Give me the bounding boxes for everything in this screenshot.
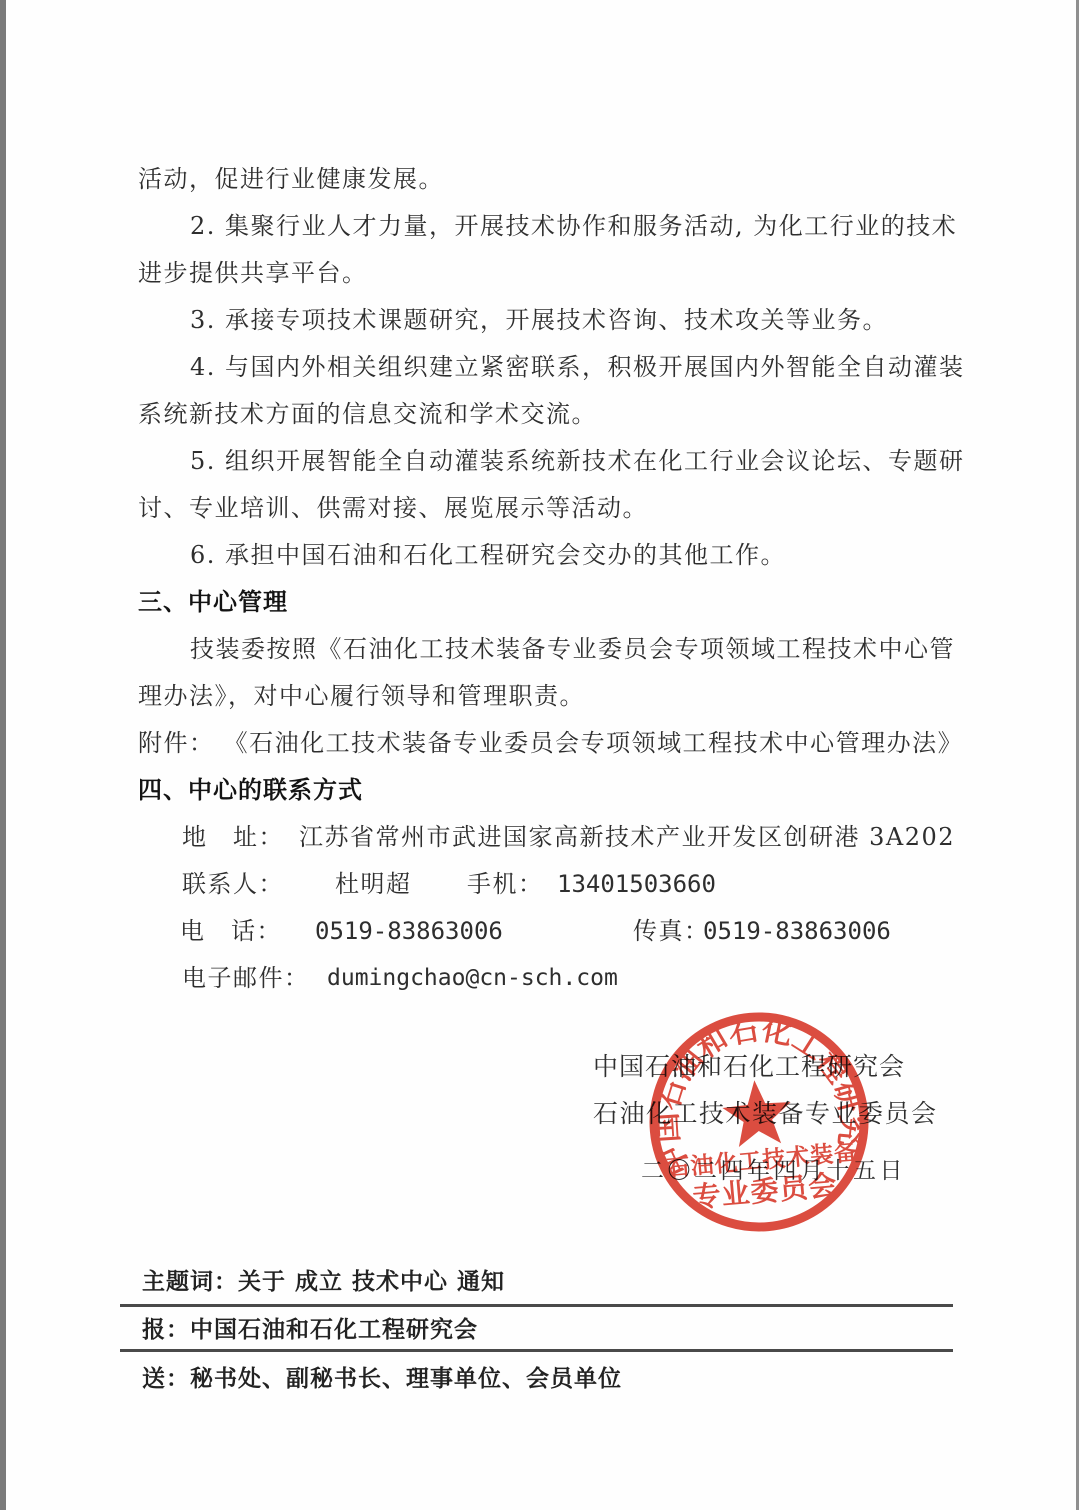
fax-label: 传真： — [633, 908, 710, 955]
email-label: 电子邮件： — [182, 955, 310, 1002]
mobile-label: 手机： — [467, 861, 544, 908]
body-line: 进步提供共享平台。 — [0, 250, 1079, 297]
telephone-value: 0519-83863006 — [315, 908, 503, 955]
attachment-line: 附件： 《石油化工技术装备专业委员会专项领域工程技术中心管理办法》 — [0, 720, 1079, 767]
subject-words-value: 关于 成立 技术中心 通知 — [238, 1269, 505, 1295]
send-to-label: 送： — [142, 1366, 190, 1392]
body-line: 技装委按照《石油化工技术装备专业委员会专项领域工程技术中心管 — [0, 626, 1079, 673]
address-value: 江苏省常州市武进国家高新技术产业开发区创研港 3A202 — [299, 814, 955, 861]
body-line: 理办法》，对中心履行领导和管理职责。 — [0, 673, 1079, 720]
section-heading-contact-info: 四、中心的联系方式 — [0, 767, 1079, 814]
star-icon — [720, 1077, 794, 1148]
send-to-value: 秘书处、副秘书长、理事单位、会员单位 — [190, 1366, 622, 1392]
document-body: 活动，促进行业健康发展。 2. 集聚行业人才力量，开展技术协作和服务活动, 为化… — [0, 156, 1079, 1002]
section-heading-center-management: 三、中心管理 — [0, 579, 1079, 626]
report-to-value: 中国石油和石化工程研究会 — [190, 1317, 478, 1343]
contact-person-label: 联系人： — [182, 861, 284, 908]
footer-subject-row: 主题词：关于 成立 技术中心 通知 — [120, 1266, 953, 1307]
body-line: 讨、专业培训、供需对接、展览展示等活动。 — [0, 485, 1079, 532]
footer-send-row: 送：秘书处、副秘书长、理事单位、会员单位 — [120, 1352, 953, 1400]
contact-person-value: 杜明超 — [335, 861, 412, 908]
body-line: 2. 集聚行业人才力量，开展技术协作和服务活动, 为化工行业的技术 — [0, 203, 1079, 250]
official-red-seal: 中国石油和石化工程研究会 石油化工技术装备 专业委员会 — [635, 998, 882, 1245]
email-value: dumingchao@cn-sch.com — [327, 955, 618, 1002]
report-to-label: 报： — [142, 1317, 190, 1343]
contact-row-email: 电子邮件： dumingchao@cn-sch.com — [0, 955, 1079, 1002]
address-label: 地 址： — [182, 814, 284, 861]
contact-row-person: 联系人： 杜明超 手机： 13401503660 — [0, 861, 1079, 908]
telephone-label: 电 话： — [180, 908, 282, 955]
body-line: 6. 承担中国石油和石化工程研究会交办的其他工作。 — [0, 532, 1079, 579]
document-footer: 主题词：关于 成立 技术中心 通知 报：中国石油和石化工程研究会 送：秘书处、副… — [120, 1266, 953, 1400]
body-line: 4. 与国内外相关组织建立紧密联系，积极开展国内外智能全自动灌装 — [0, 344, 1079, 391]
subject-words-label: 主题词： — [142, 1269, 238, 1295]
body-line: 3. 承接专项技术课题研究，开展技术咨询、技术攻关等业务。 — [0, 297, 1079, 344]
body-line: 活动，促进行业健康发展。 — [0, 156, 1079, 203]
document-page: 活动，促进行业健康发展。 2. 集聚行业人才力量，开展技术协作和服务活动, 为化… — [0, 0, 1079, 1510]
body-line: 5. 组织开展智能全自动灌装系统新技术在化工行业会议论坛、专题研 — [0, 438, 1079, 485]
body-line: 系统新技术方面的信息交流和学术交流。 — [0, 391, 1079, 438]
contact-row-address: 地 址： 江苏省常州市武进国家高新技术产业开发区创研港 3A202 — [0, 814, 1079, 861]
mobile-value: 13401503660 — [557, 861, 716, 908]
contact-row-phone: 电 话： 0519-83863006 传真： 0519-83863006 — [0, 908, 1079, 955]
fax-value: 0519-83863006 — [703, 908, 891, 955]
footer-report-row: 报：中国石油和石化工程研究会 — [120, 1307, 953, 1352]
